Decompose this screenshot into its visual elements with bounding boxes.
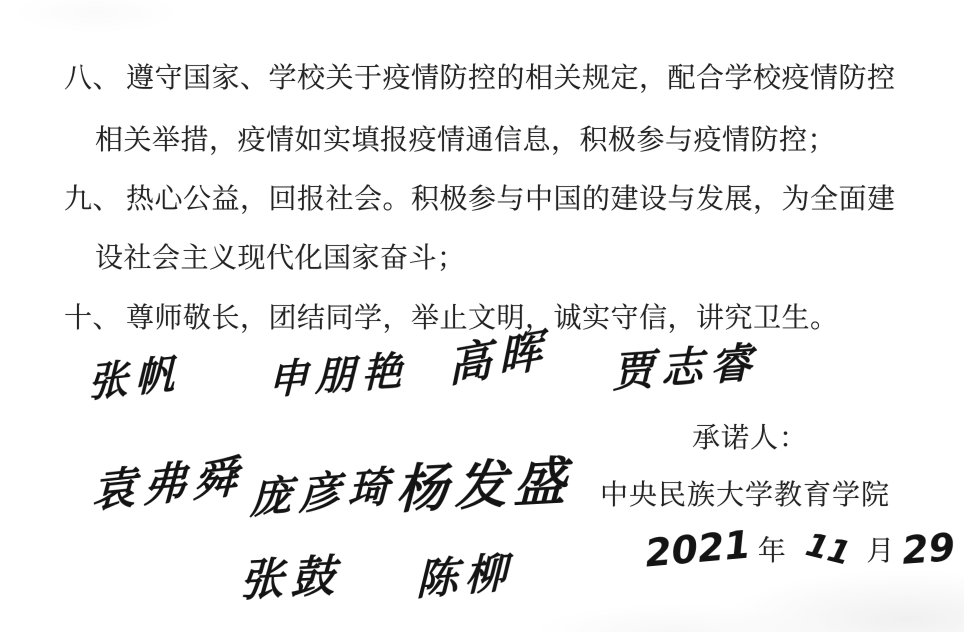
clause-8-line-2: 相关举措，疫情如实填报疫情通信息，积极参与疫情防控； bbox=[95, 118, 836, 158]
institution-name: 中央民族大学教育学院 bbox=[600, 473, 890, 513]
clause-10-number: 十、 bbox=[64, 296, 126, 336]
clause-9-text-2: 设社会主义现代化国家奋斗； bbox=[95, 243, 466, 274]
signature-yuan-fushun: 袁弗舜 bbox=[91, 440, 245, 521]
date-month-char: 月 bbox=[866, 529, 894, 569]
date-day-char: 日 bbox=[960, 529, 964, 569]
signature-zhang-fan: 张帆 bbox=[88, 342, 181, 409]
date-month-number: 11 bbox=[802, 525, 854, 573]
date-line: 2021 年 11 月 29 日 bbox=[645, 527, 964, 571]
clause-8-line-1: 八、遵守国家、学校关于疫情防控的相关规定，配合学校疫情防控 bbox=[64, 56, 896, 96]
signature-jia-zhirui: 贾志睿 bbox=[611, 330, 759, 400]
signature-yang-fasheng: 杨发盛 bbox=[395, 439, 573, 523]
signature-chen-liu: 陈柳 bbox=[416, 539, 514, 608]
date-day-number: 29 bbox=[901, 525, 957, 573]
scanned-page: 八、遵守国家、学校关于疫情防控的相关规定，配合学校疫情防控 相关举措，疫情如实填… bbox=[0, 0, 964, 632]
signature-zhang-gu: 张鼓 bbox=[239, 540, 343, 610]
clause-9-line-2: 设社会主义现代化国家奋斗； bbox=[95, 236, 466, 276]
date-year-number: 2021 bbox=[643, 522, 752, 575]
clause-9-number: 九、 bbox=[64, 177, 126, 217]
clause-9-line-1: 九、热心公益，回报社会。积极参与中国的建设与发展，为全面建 bbox=[64, 177, 896, 217]
signature-shen-pengyan: 申朋艳 bbox=[268, 339, 409, 406]
date-year-char: 年 bbox=[758, 529, 786, 569]
clause-8-text-1: 遵守国家、学校关于疫情防控的相关规定，配合学校疫情防控 bbox=[126, 63, 896, 94]
promisor-label: 承诺人： bbox=[692, 416, 808, 456]
clause-8-number: 八、 bbox=[64, 56, 126, 96]
signature-pang-yanqi: 庞彦琦 bbox=[249, 453, 397, 526]
clause-8-text-2: 相关举措，疫情如实填报疫情通信息，积极参与疫情防控； bbox=[95, 125, 836, 156]
clause-9-text-1: 热心公益，回报社会。积极参与中国的建设与发展，为全面建 bbox=[126, 184, 896, 215]
